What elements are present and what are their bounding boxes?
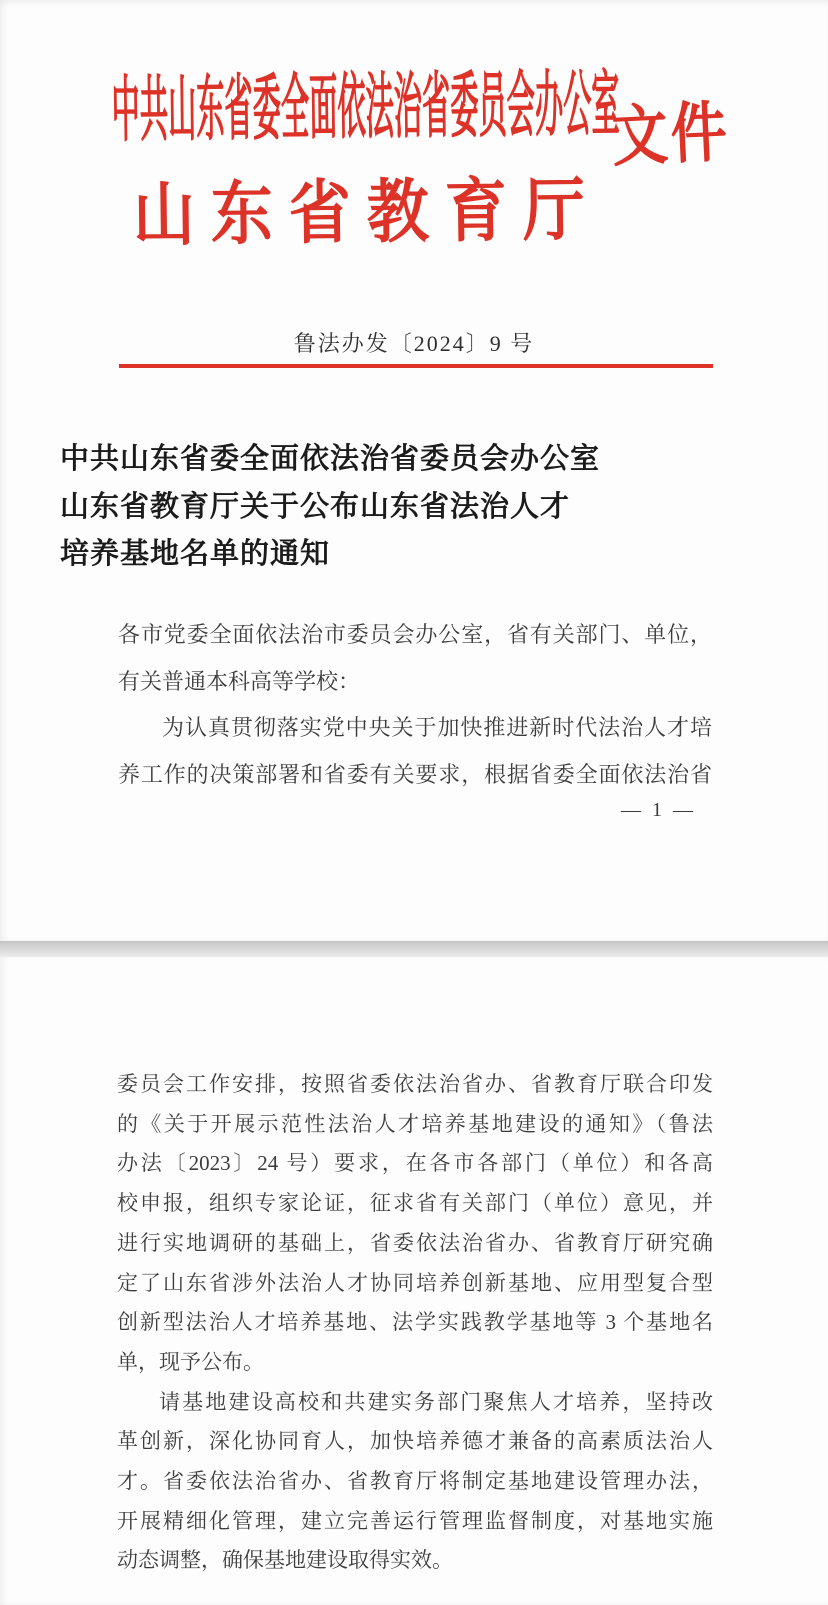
text-line: 委员会工作安排，按照省委依法治省办、省教育厅联合印发 — [117, 1065, 713, 1105]
text-line: 校申报，组织专家论证，征求省有关部门（单位）意见，并 — [117, 1184, 713, 1224]
text-line: 有关普通本科高等学校： — [118, 659, 712, 706]
text-line: 中共山东省委全面依法治省委员会办公室 — [60, 436, 768, 484]
text-line: 才。省委依法治省办、省教育厅将制定基地建设管理办法， — [117, 1462, 713, 1502]
document-page-2: 委员会工作安排，按照省委依法治省办、省教育厅联合印发的《关于开展示范性法治人才培… — [0, 957, 828, 1605]
document-title: 中共山东省委全面依法治省委员会办公室山东省教育厅关于公布山东省法治人才培养基地名… — [60, 436, 768, 579]
text-line: 创新型法治人才培养基地、法学实践教学基地等 3 个基地名 — [117, 1303, 713, 1343]
document-scan-view: { "colors": { "accent_red": "#dc3227", "… — [0, 0, 828, 1605]
document-page-1: 中共山东省委全面依法治省委员会办公室 山东省教育厅 文件 鲁法办发〔2024〕9… — [0, 0, 828, 941]
text-line: 定了山东省涉外法治人才协同培养创新基地、应用型复合型 — [117, 1264, 713, 1304]
page-1-body-text: 各市党委全面依法治市委员会办公室，省有关部门、单位，有关普通本科高等学校：为认真… — [118, 612, 712, 798]
text-line: 动态调整，确保基地建设取得实效。 — [117, 1541, 713, 1581]
text-line: 培养基地名单的通知 — [60, 531, 768, 579]
letterhead-doc-type-label: 文件 — [609, 80, 731, 180]
red-letterhead: 中共山东省委全面依法治省委员会办公室 山东省教育厅 文件 — [0, 0, 828, 285]
text-line: 为认真贯彻落实党中央关于加快推进新时代法治人才培 — [118, 705, 712, 752]
text-line: 革创新，深化协同育人，加快培养德才兼备的高素质法治人 — [117, 1422, 713, 1462]
document-number: 鲁法办发〔2024〕9 号 — [0, 327, 828, 358]
letterhead-org-line-2: 山东省教育厅 — [132, 154, 601, 259]
page-separator-gap — [0, 941, 828, 957]
red-divider-rule — [119, 364, 713, 368]
text-line: 山东省教育厅关于公布山东省法治人才 — [60, 484, 768, 532]
text-line: 办法〔2023〕24 号）要求，在各市各部门（单位）和各高 — [117, 1144, 713, 1184]
letterhead-org-line-1: 中共山东省委全面依法治省委员会办公室 — [111, 45, 620, 155]
text-line: 的《关于开展示范性法治人才培养基地建设的通知》（鲁法 — [117, 1105, 713, 1145]
page-number: — 1 — — [621, 799, 696, 822]
page-2-body-text: 委员会工作安排，按照省委依法治省办、省教育厅联合印发的《关于开展示范性法治人才培… — [117, 1065, 713, 1581]
text-line: 请基地建设高校和共建实务部门聚焦人才培养，坚持改 — [117, 1383, 713, 1423]
text-line: 养工作的决策部署和省委有关要求，根据省委全面依法治省 — [118, 752, 712, 799]
text-line: 开展精细化管理，建立完善运行管理监督制度，对基地实施 — [117, 1502, 713, 1542]
text-line: 单，现予公布。 — [117, 1343, 713, 1383]
text-line: 各市党委全面依法治市委员会办公室，省有关部门、单位， — [118, 612, 712, 659]
text-line: 进行实地调研的基础上，省委依法治省办、省教育厅研究确 — [117, 1224, 713, 1264]
